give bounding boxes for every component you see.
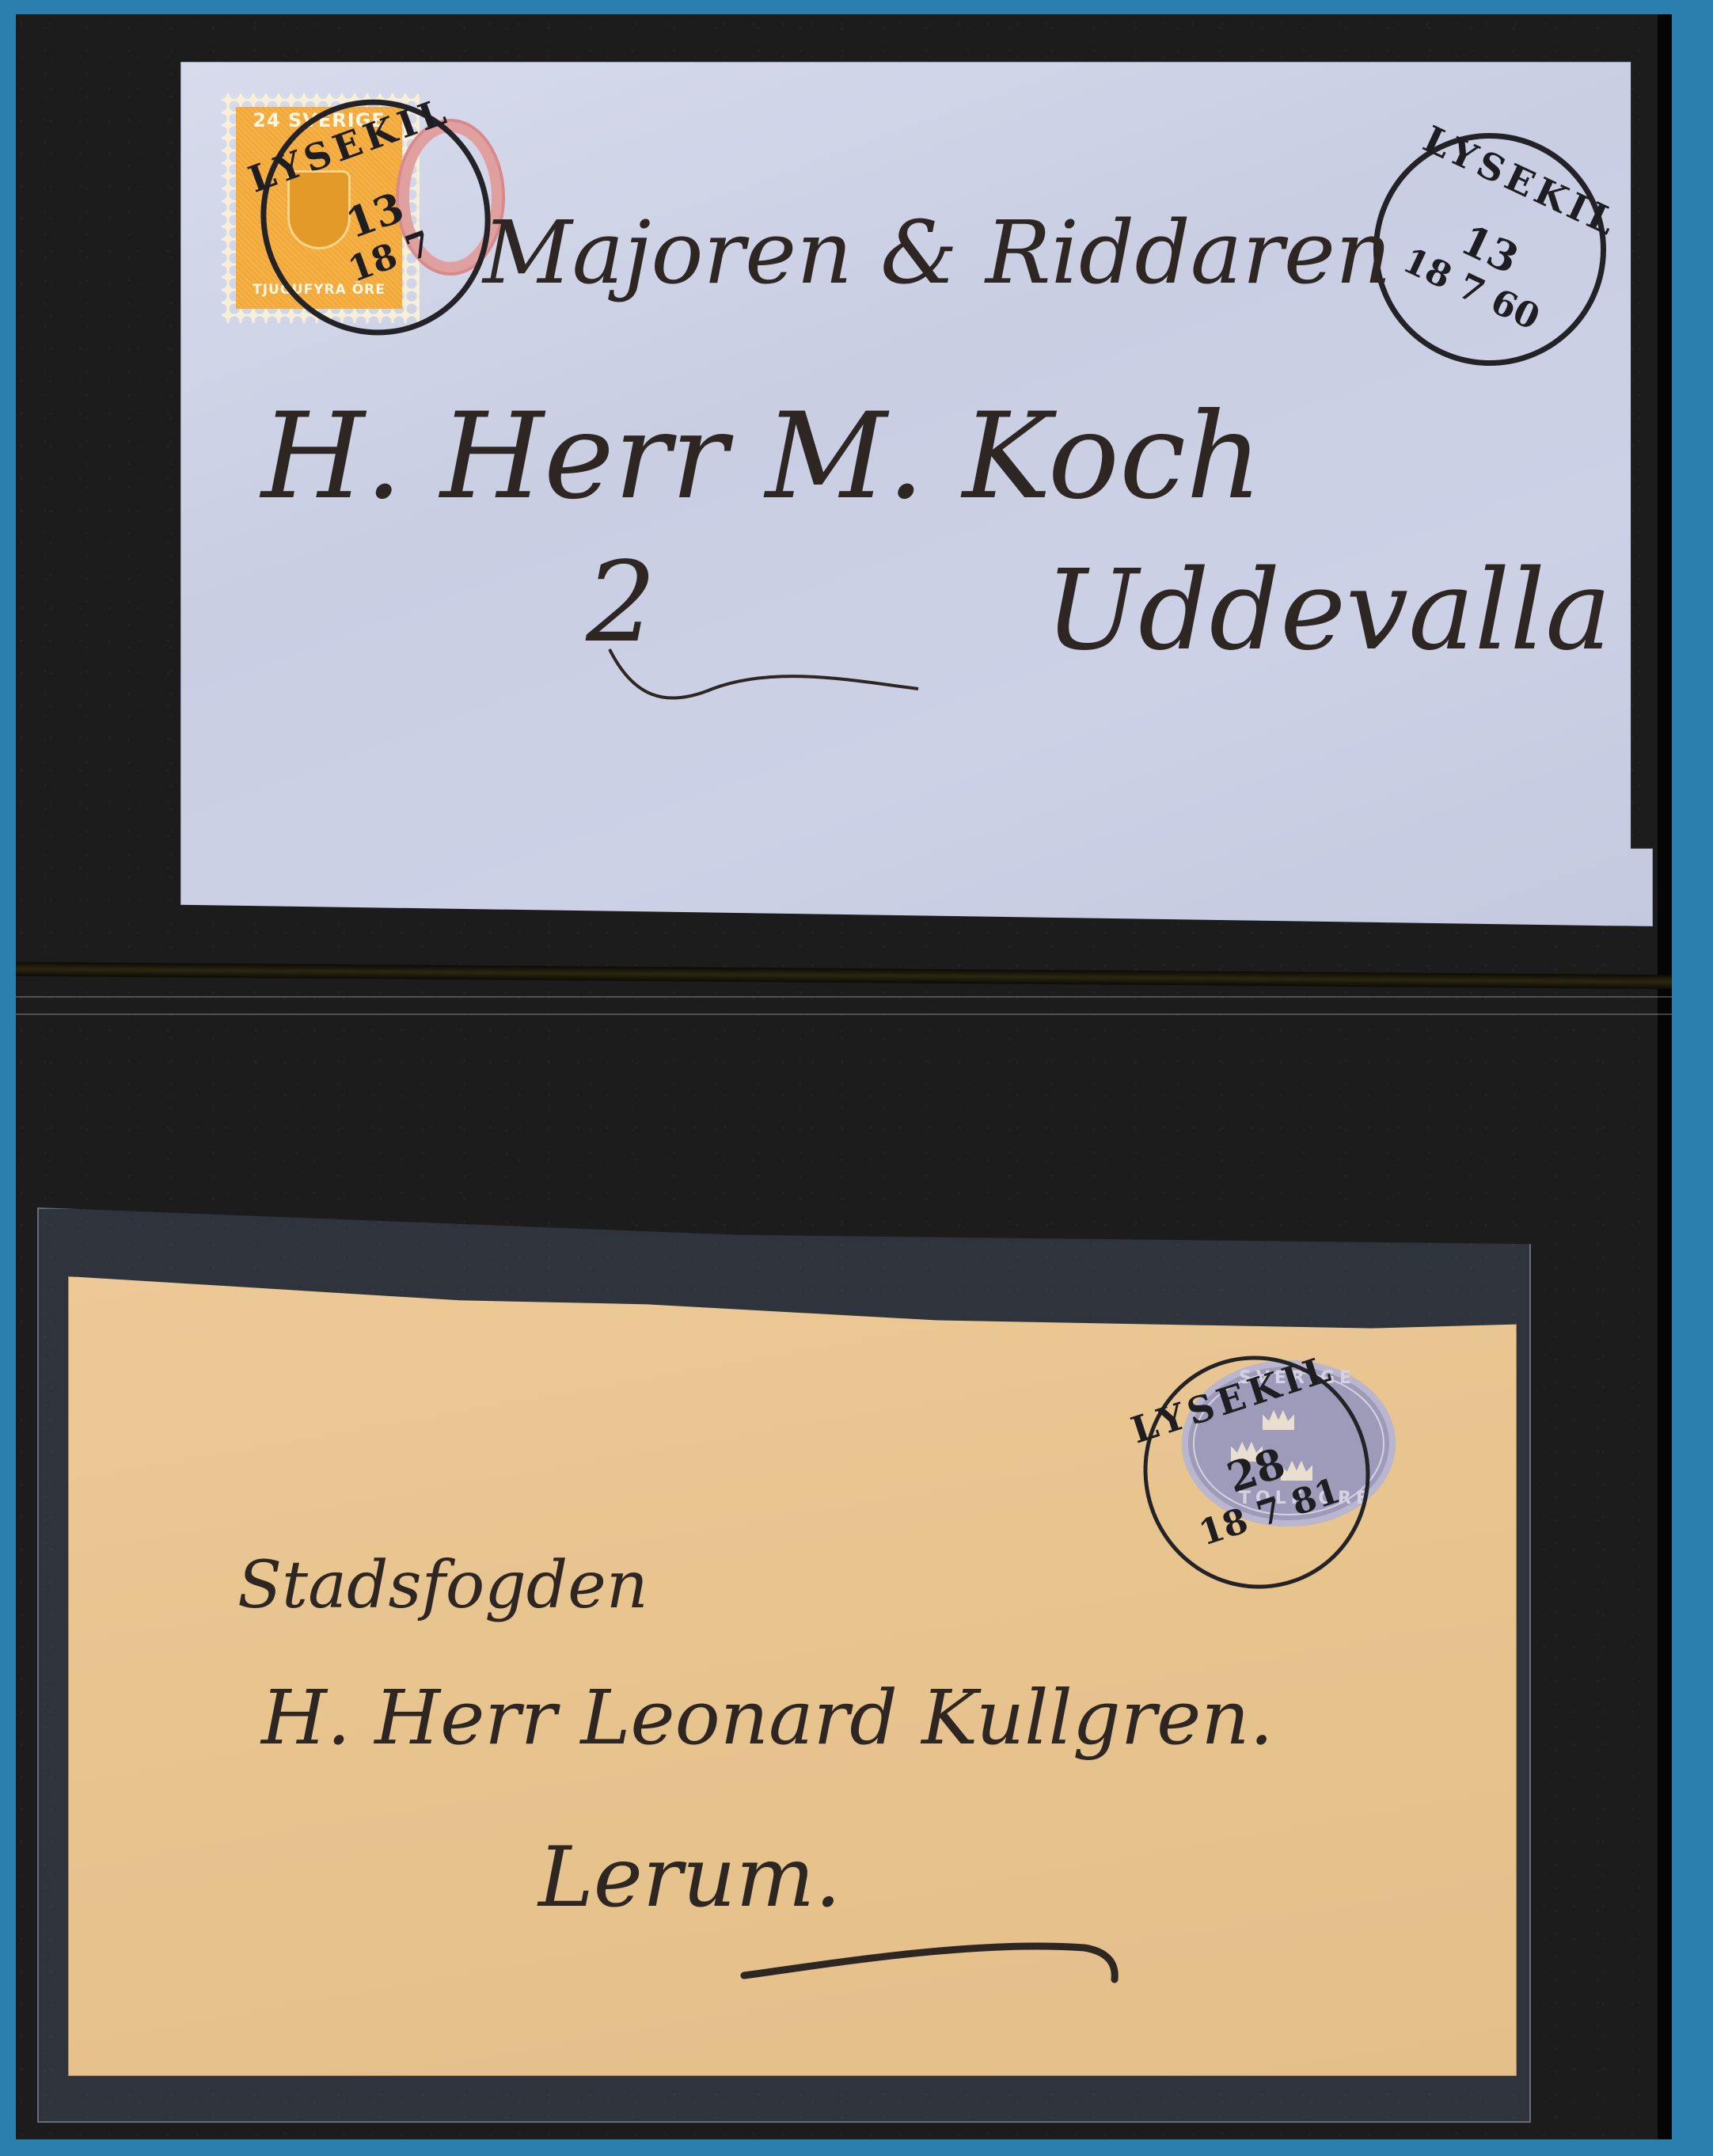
flourish-underline bbox=[736, 1932, 1132, 1995]
address-line-3: Uddevalla bbox=[1045, 546, 1612, 675]
strip-line bbox=[16, 1013, 1672, 1015]
strip-line bbox=[16, 996, 1672, 998]
page-edge bbox=[1658, 14, 1672, 2139]
strip-divider bbox=[16, 962, 1672, 989]
address-line-1: Majoren & Riddaren bbox=[483, 202, 1392, 303]
rate-mark-tail bbox=[602, 633, 934, 728]
address-line-1: Stadsfogden bbox=[237, 1548, 648, 1623]
address-line-2: H. Herr M. Koch bbox=[261, 388, 1263, 526]
address-line-3: Lerum. bbox=[538, 1829, 841, 1926]
address-line-2: H. Herr Leonard Kullgren. bbox=[261, 1675, 1274, 1762]
